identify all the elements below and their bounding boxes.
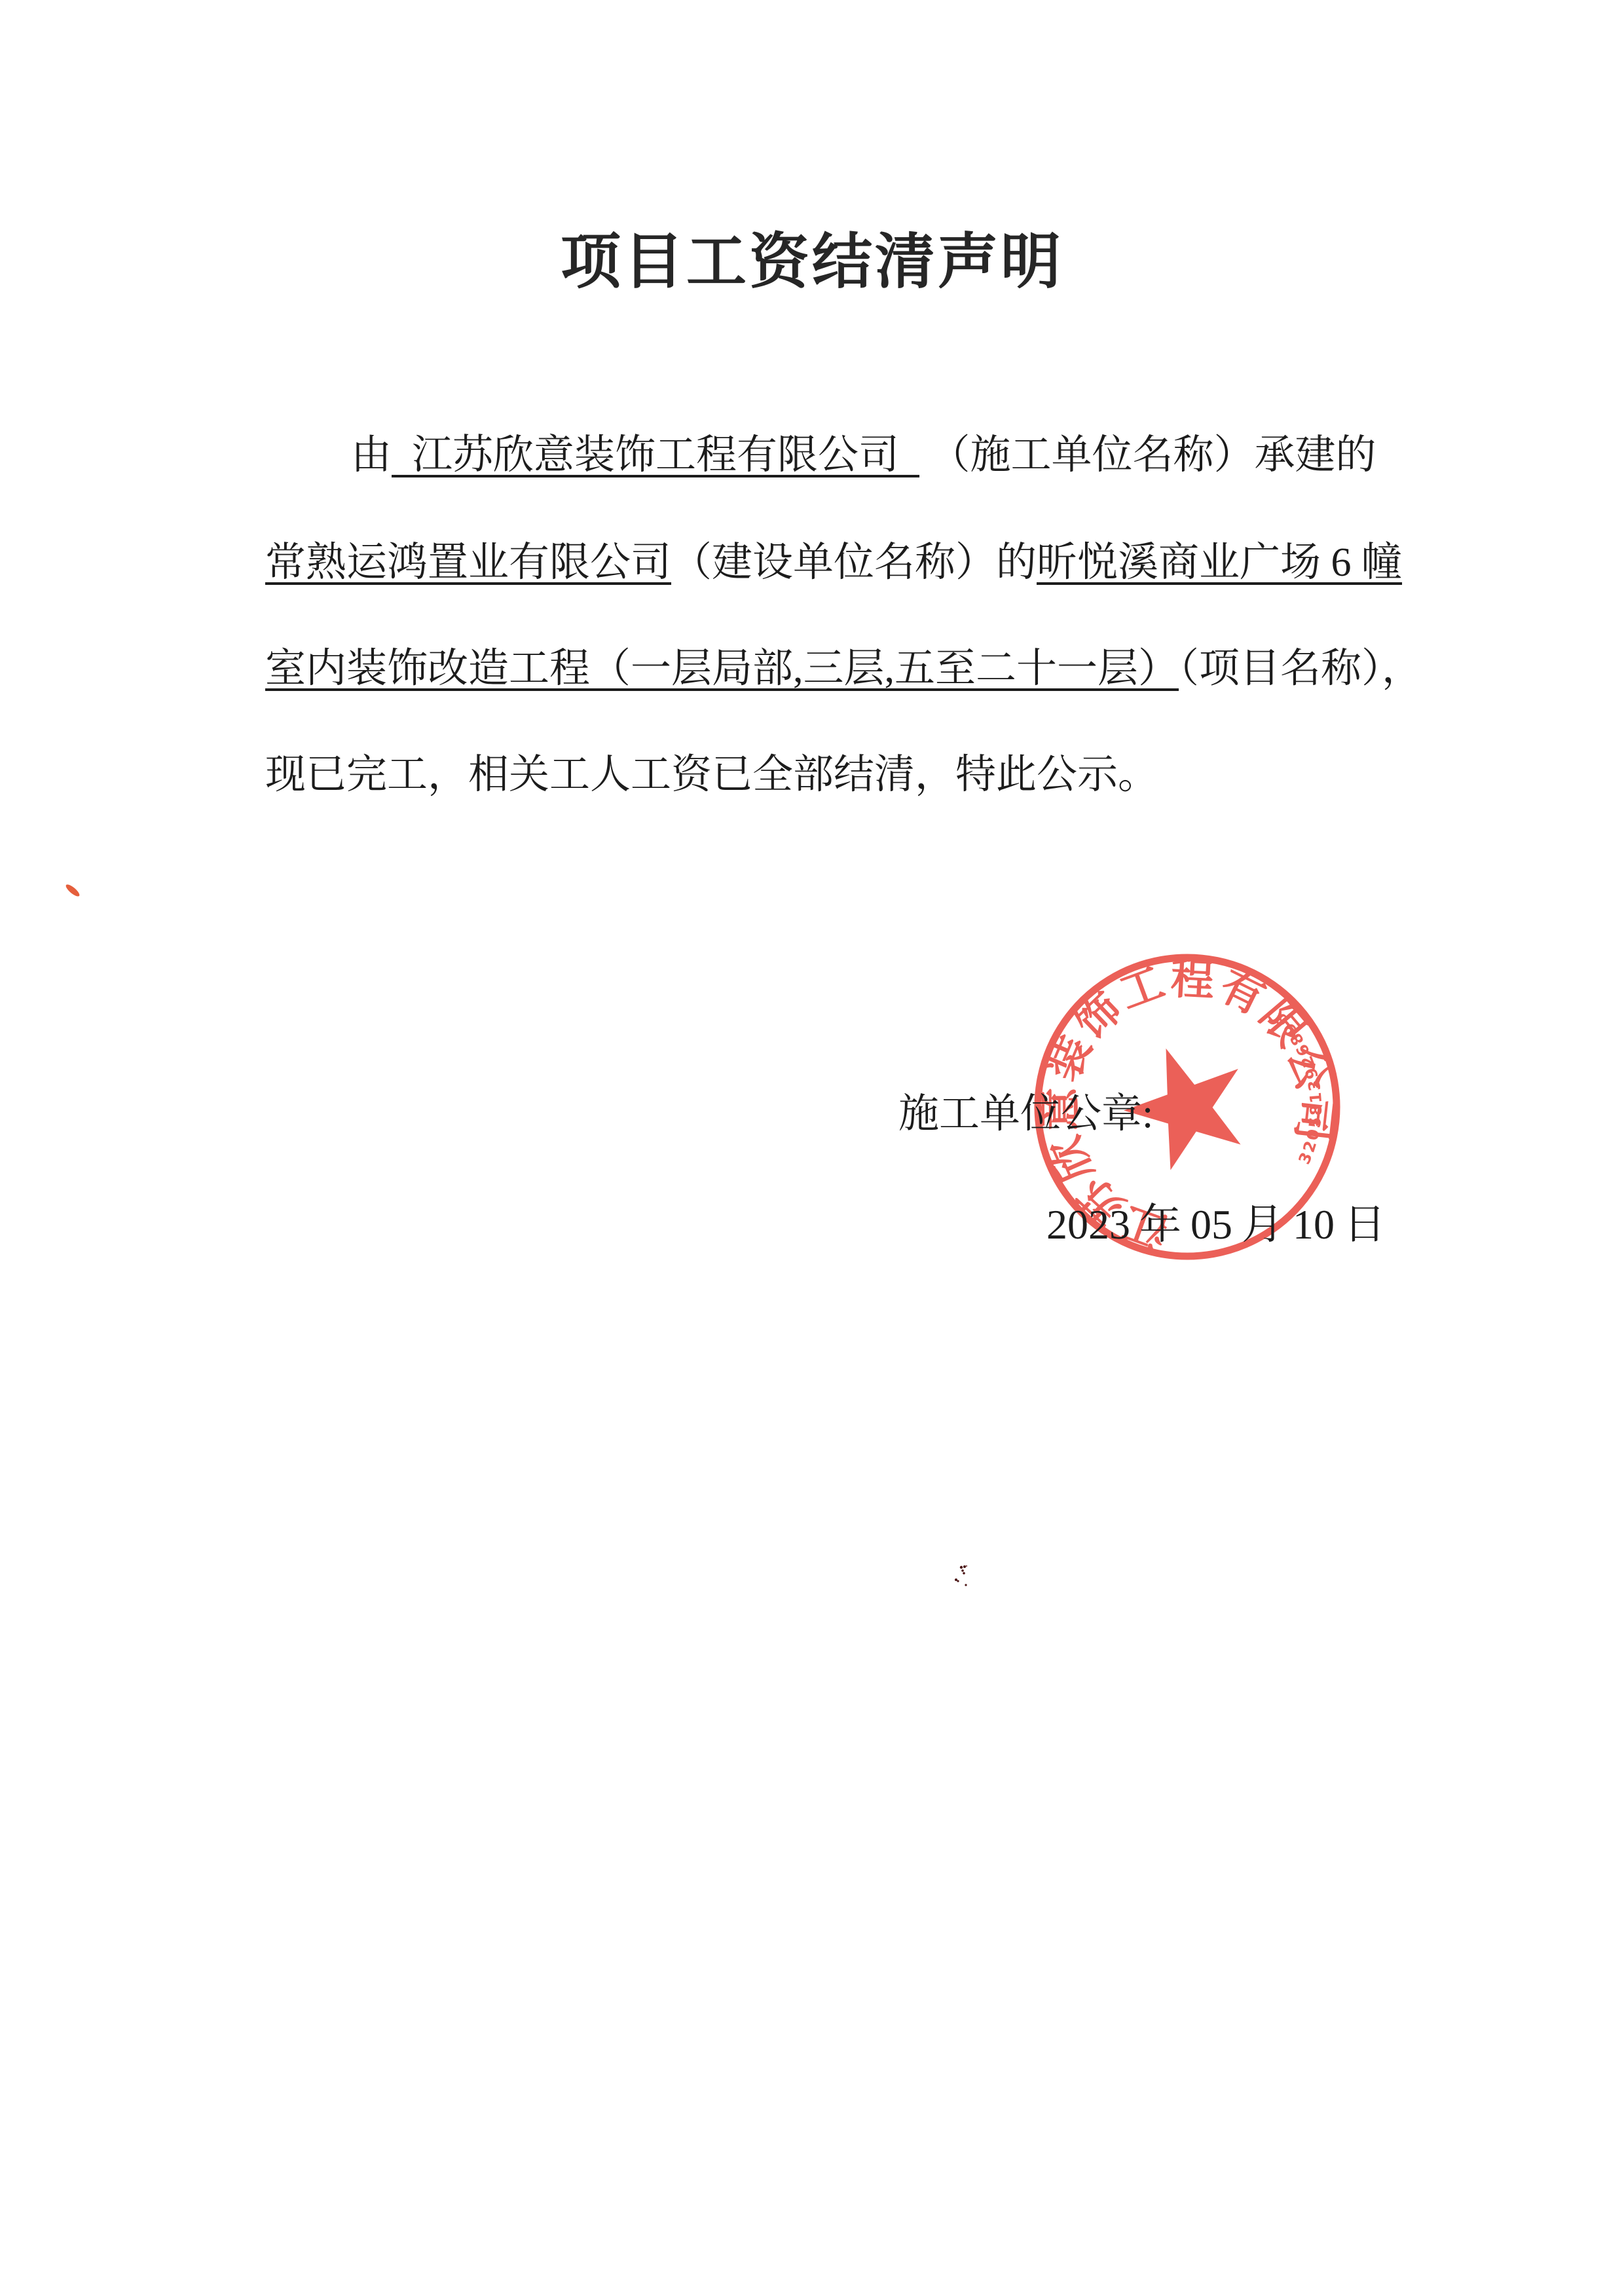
developer-label: （建设单位名称）的 xyxy=(671,540,1037,585)
contractor-label: （施工单位名称）承建的 xyxy=(919,433,1376,477)
date-year-unit: 年 xyxy=(1139,1201,1181,1248)
page-title: 项目工资结清声明 xyxy=(0,232,1624,292)
project-label: （项目名称）， xyxy=(1179,646,1422,691)
developer-name-field: 常熟运鸿置业有限公司 xyxy=(265,540,671,585)
stray-red-mark xyxy=(64,883,81,899)
text-prefix: 由 xyxy=(351,433,392,477)
date-day: 10 xyxy=(1293,1201,1335,1248)
signature-date: 2023年05月10日 xyxy=(1046,1204,1386,1246)
paragraph-line-2: 常熟运鸿置业有限公司（建设单位名称）的昕悦溪商业广场 6 幢 xyxy=(265,542,1402,583)
date-month-unit: 月 xyxy=(1242,1201,1283,1248)
contractor-name-field: 江苏欣意装饰工程有限公司 xyxy=(392,433,919,477)
date-month: 05 xyxy=(1190,1201,1232,1248)
paragraph-line-3: 室内装饰改造工程（一层局部,三层,五至二十一层）（项目名称）， xyxy=(265,648,1422,689)
completion-statement: 现已完工，相关工人工资已全部结清，特此公示。 xyxy=(265,753,1158,797)
project-name-field-part2: 室内装饰改造工程（一层局部,三层,五至二十一层） xyxy=(265,646,1179,691)
date-year: 2023 xyxy=(1046,1201,1130,1248)
project-name-field-part1: 昕悦溪商业广场 6 幢 xyxy=(1037,540,1402,585)
paragraph-line-4: 现已完工，相关工人工资已全部结清，特此公示。 xyxy=(265,755,1158,795)
date-day-unit: 日 xyxy=(1344,1201,1386,1248)
seal-label: 施工单位公章: xyxy=(898,1094,1153,1134)
scan-speckle xyxy=(936,1549,982,1595)
paragraph-line-1: 由 江苏欣意装饰工程有限公司 （施工单位名称）承建的 xyxy=(351,435,1376,476)
